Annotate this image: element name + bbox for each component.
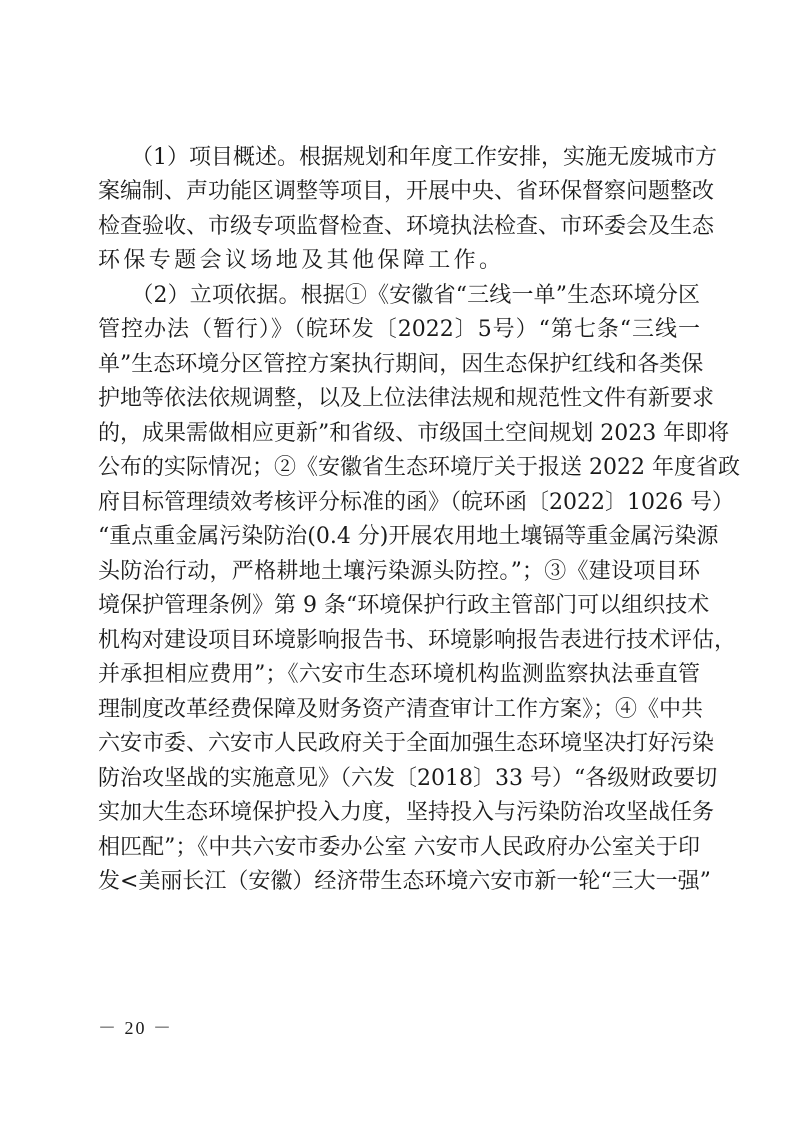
- paragraph-2-line-2: 管控办法（暂行）》（皖环发〔2022〕5号）“第七条“三线一: [98, 313, 700, 347]
- paragraph-2-line-14: 六安市委、六安市人民政府关于全面加强生态环境坚决打好污染: [98, 727, 700, 761]
- paragraph-1-line-4: 环保专题会议场地及其他保障工作。: [98, 244, 700, 278]
- paragraph-1-line-3: 检查验收、市级专项监督检查、环境执法检查、市环委会及生态: [98, 210, 700, 244]
- paragraph-2-line-12: 并承担相应费用”；《六安市生态环境机构监测监察执法垂直管: [98, 658, 700, 692]
- paragraph-2-line-4: 护地等依法依规调整，以及上位法律法规和规范性文件有新要求: [98, 382, 700, 416]
- paragraph-2-line-15: 防治攻坚战的实施意见》（六发〔2018〕33 号）“各级财政要切: [98, 762, 700, 796]
- page-number: － 20 －: [98, 1014, 173, 1040]
- paragraph-1-line-2: 案编制、声功能区调整等项目，开展中央、省环保督察问题整改: [98, 175, 700, 209]
- paragraph-2-line-18: 发<美丽长江（安徽）经济带生态环境六安市新一轮“三大一强”: [98, 865, 700, 899]
- paragraph-2-line-8: “重点重金属污染防治(0.4 分)开展农用地土壤镉等重金属污染源: [98, 520, 700, 554]
- paragraph-2-line-5: 的，成果需做相应更新”和省级、市级国土空间规划 2023 年即将: [98, 417, 700, 451]
- paragraph-2-line-6: 公布的实际情况；②《安徽省生态环境厅关于报送 2022 年度省政: [98, 451, 700, 485]
- paragraph-2-line-3: 单”生态环境分区管控方案执行期间，因生态保护红线和各类保: [98, 348, 700, 382]
- paragraph-2-line-1: （2）立项依据。根据①《安徽省“三线一单”生态环境分区: [98, 279, 700, 313]
- paragraph-2-line-17: 相匹配”；《中共六安市委办公室 六安市人民政府办公室关于印: [98, 831, 700, 865]
- paragraph-2-line-10: 境保护管理条例》第 9 条“环境保护行政主管部门可以组织技术: [98, 589, 700, 623]
- paragraph-2-line-16: 实加大生态环境保护投入力度，坚持投入与污染防治攻坚战任务: [98, 796, 700, 830]
- paragraph-2-line-7: 府目标管理绩效考核评分标准的函》（皖环函〔2022〕1026 号）: [98, 486, 700, 520]
- paragraph-2-line-9: 头防治行动，严格耕地土壤污染源头防控。”；③《建设项目环: [98, 555, 700, 589]
- paragraph-2-line-11: 机构对建设项目环境影响报告书、环境影响报告表进行技术评估，: [98, 624, 700, 658]
- document-page: （1）项目概述。根据规划和年度工作安排，实施无废城市方 案编制、声功能区调整等项…: [0, 0, 793, 1122]
- paragraph-2-line-13: 理制度改革经费保障及财务资产清查审计工作方案》；④《中共: [98, 693, 700, 727]
- paragraph-1-line-1: （1）项目概述。根据规划和年度工作安排，实施无废城市方: [98, 141, 700, 175]
